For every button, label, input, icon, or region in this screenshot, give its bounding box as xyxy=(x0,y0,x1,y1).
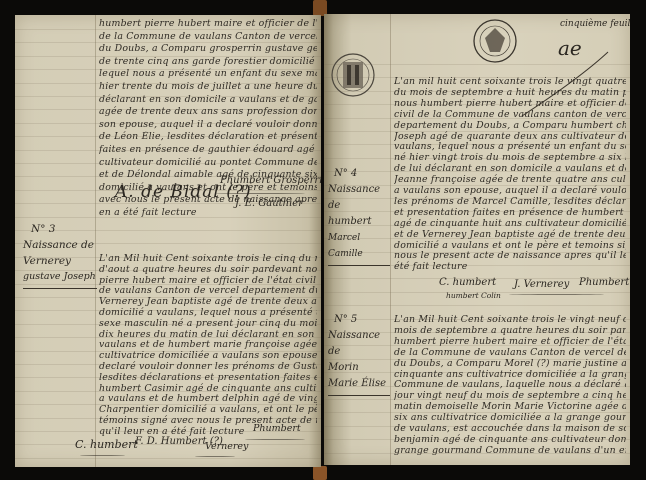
signature: humbert Colin xyxy=(446,291,501,300)
tax-stamp-seal xyxy=(330,52,376,98)
signature: Phumbert xyxy=(253,423,301,434)
ink-seal xyxy=(472,18,518,64)
binding-tab-bottom xyxy=(313,466,327,480)
signature-flourish xyxy=(509,294,604,295)
handwritten-line: son epouse, auquel il a declaré vouloir … xyxy=(99,119,317,131)
entry-surname: Vernerey xyxy=(23,253,97,269)
handwritten-line: déclarant en son domicile a vaulans et d… xyxy=(99,94,317,106)
ruled-line xyxy=(15,458,321,459)
entry-title: Naissance de xyxy=(23,237,97,253)
signature: C. humbert xyxy=(75,438,138,451)
handwritten-line: agée de trente deux ans sans profession … xyxy=(99,106,317,118)
signature-flourish xyxy=(195,456,235,457)
right-page: cinquième feuillet ae L'an mil huit cent… xyxy=(324,14,630,465)
left-page: humbert pierre hubert maire et officier … xyxy=(15,15,321,467)
entry-number: N° 3 xyxy=(23,221,97,237)
handwritten-line: du Doubs, a Comparu grosperrin gustave g… xyxy=(99,43,317,55)
divider xyxy=(328,265,390,266)
entry-surname: Morin xyxy=(328,360,390,376)
signature: J. Vernerey xyxy=(514,279,569,290)
signature: Phumbert xyxy=(579,277,629,288)
signature: Phumbert Grosperrin xyxy=(220,175,321,186)
entry-given-names: Marie Élise xyxy=(328,376,390,392)
entry-given-names: Marcel Camille xyxy=(328,230,390,262)
entry-surname: humbert xyxy=(328,214,390,230)
margin-rule xyxy=(390,14,391,465)
handwritten-line: cultivateur domicilié au pontet Commune … xyxy=(99,157,317,169)
entry-number: N° 4 xyxy=(328,166,390,182)
margin-entry-3: N° 3 Naissance de Vernerey gustave Josep… xyxy=(23,221,97,289)
handwritten-line: grange gourmand Commune de vaulans d'un … xyxy=(394,445,626,457)
handwritten-line: de trente cinq ans garde forestier domic… xyxy=(99,56,317,68)
handwritten-line: de la Commune de vaulans Canton de verce… xyxy=(99,31,317,43)
handwritten-line: de Léon Élie, lesdites déclaration et pr… xyxy=(99,131,317,143)
signature: Vernerey xyxy=(205,441,248,452)
entry-number: N° 5 xyxy=(328,312,390,328)
entry-title: Naissance de xyxy=(328,182,390,214)
signature: J. E. Gauthier xyxy=(235,198,303,209)
entry-given-names: gustave Joseph xyxy=(23,269,97,285)
divider xyxy=(328,395,390,396)
handwritten-line: lequel nous a présenté un enfant du sexe… xyxy=(99,68,317,80)
ruled-line xyxy=(324,305,630,306)
handwritten-line: hier trente du mois de juillet a une heu… xyxy=(99,81,317,93)
signature-flourish xyxy=(80,455,125,456)
handwritten-line: été fait lecture xyxy=(394,261,626,273)
signature-flourish xyxy=(215,193,305,194)
divider xyxy=(23,288,97,289)
margin-entry-5: N° 5 Naissance de Morin Marie Élise xyxy=(328,312,390,396)
entry-title: Naissance de xyxy=(328,328,390,360)
signature: C. humbert xyxy=(439,277,496,288)
folio-annotation: cinquième feuillet xyxy=(560,19,630,29)
handwritten-line: humbert pierre hubert maire et officier … xyxy=(99,18,317,30)
handwritten-line: faites en présence de gauthier édouard a… xyxy=(99,144,317,156)
margin-entry-4: N° 4 Naissance de humbert Marcel Camille xyxy=(328,166,390,266)
signature-flourish xyxy=(245,439,305,440)
